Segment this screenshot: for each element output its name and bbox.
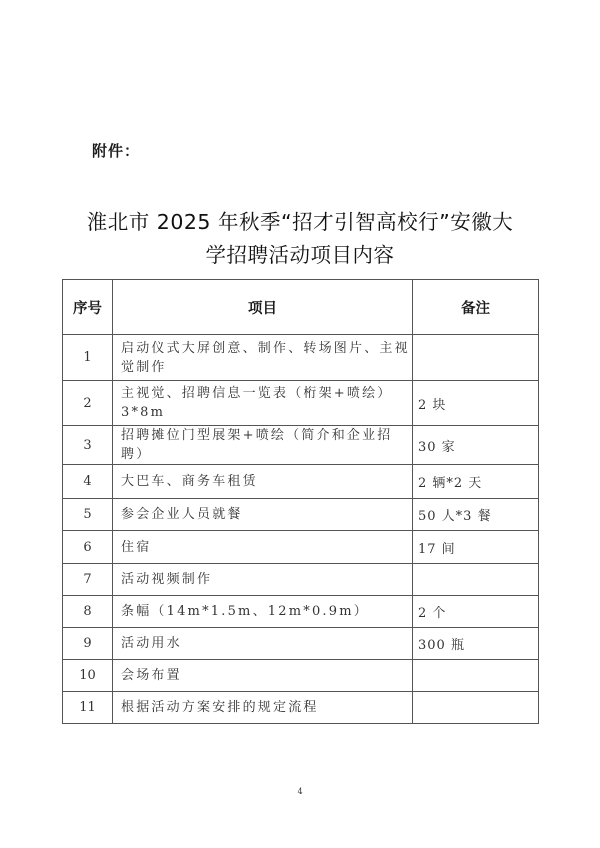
- row-note: 2 辆*2 天: [413, 465, 539, 499]
- table-row: 4大巴车、商务车租赁2 辆*2 天: [63, 465, 539, 499]
- table-row: 6住宿17 间: [63, 531, 539, 564]
- row-note: [413, 692, 539, 724]
- header-note: 备注: [413, 280, 539, 335]
- row-note: [413, 660, 539, 692]
- row-note: 2 块: [413, 381, 539, 426]
- row-number: 9: [63, 628, 113, 660]
- title-line-2: 学招聘活动项目内容: [60, 239, 540, 272]
- row-number: 5: [63, 499, 113, 531]
- row-item: 招聘摊位门型展架+喷绘（简介和企业招聘）: [113, 426, 413, 465]
- row-number: 8: [63, 596, 113, 628]
- row-note: 17 间: [413, 531, 539, 564]
- table-row: 9活动用水300 瓶: [63, 628, 539, 660]
- title-line-1: 淮北市 2025 年秋季“招才引智高校行”安徽大: [60, 206, 540, 239]
- row-item: 活动用水: [113, 628, 413, 660]
- row-number: 4: [63, 465, 113, 499]
- table-row: 8条幅（14m*1.5m、12m*0.9m）2 个: [63, 596, 539, 628]
- document-title: 淮北市 2025 年秋季“招才引智高校行”安徽大 学招聘活动项目内容: [60, 206, 540, 272]
- table-row: 1启动仪式大屏创意、制作、转场图片、主视觉制作: [63, 335, 539, 381]
- row-number: 1: [63, 335, 113, 381]
- header-item: 项目: [113, 280, 413, 335]
- row-item: 根据活动方案安排的规定流程: [113, 692, 413, 724]
- row-note: [413, 564, 539, 596]
- row-number: 3: [63, 426, 113, 465]
- row-note: [413, 335, 539, 381]
- row-number: 6: [63, 531, 113, 564]
- row-note: 2 个: [413, 596, 539, 628]
- row-item: 大巴车、商务车租赁: [113, 465, 413, 499]
- row-note: 300 瓶: [413, 628, 539, 660]
- row-item: 启动仪式大屏创意、制作、转场图片、主视觉制作: [113, 335, 413, 381]
- row-number: 10: [63, 660, 113, 692]
- table-row: 3招聘摊位门型展架+喷绘（简介和企业招聘）30 家: [63, 426, 539, 465]
- project-table: 序号 项目 备注 1启动仪式大屏创意、制作、转场图片、主视觉制作2主视觉、招聘信…: [62, 279, 539, 724]
- table-row: 7活动视频制作: [63, 564, 539, 596]
- page-number: 4: [0, 787, 600, 796]
- row-item: 住宿: [113, 531, 413, 564]
- attachment-label: 附件：: [92, 140, 140, 161]
- table-header-row: 序号 项目 备注: [63, 280, 539, 335]
- row-number: 11: [63, 692, 113, 724]
- table-row: 2主视觉、招聘信息一览表（桁架+喷绘）3*8m2 块: [63, 381, 539, 426]
- row-number: 2: [63, 381, 113, 426]
- row-note: 50 人*3 餐: [413, 499, 539, 531]
- table-body: 1启动仪式大屏创意、制作、转场图片、主视觉制作2主视觉、招聘信息一览表（桁架+喷…: [63, 335, 539, 724]
- row-note: 30 家: [413, 426, 539, 465]
- row-item: 参会企业人员就餐: [113, 499, 413, 531]
- row-number: 7: [63, 564, 113, 596]
- row-item: 条幅（14m*1.5m、12m*0.9m）: [113, 596, 413, 628]
- table-row: 10会场布置: [63, 660, 539, 692]
- row-item: 会场布置: [113, 660, 413, 692]
- table-row: 5参会企业人员就餐50 人*3 餐: [63, 499, 539, 531]
- row-item: 活动视频制作: [113, 564, 413, 596]
- row-item: 主视觉、招聘信息一览表（桁架+喷绘）3*8m: [113, 381, 413, 426]
- table-row: 11根据活动方案安排的规定流程: [63, 692, 539, 724]
- header-no: 序号: [63, 280, 113, 335]
